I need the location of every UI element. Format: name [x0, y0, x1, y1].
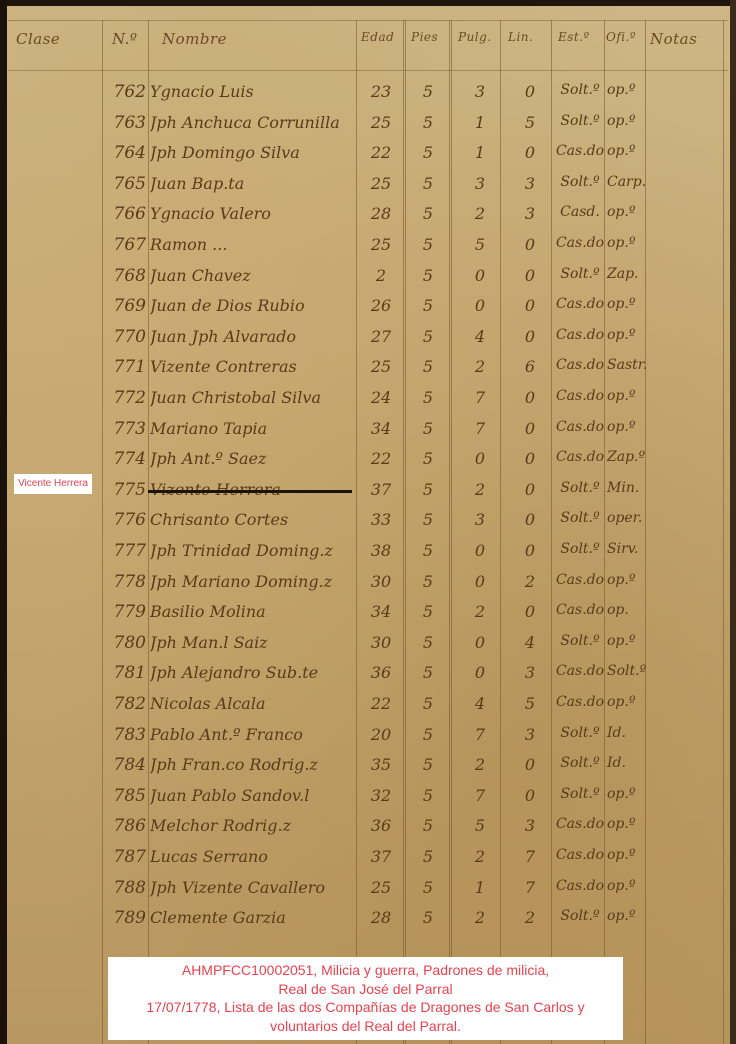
row-height-lines: 0: [510, 327, 550, 346]
row-marital-status: Casd.: [555, 204, 605, 220]
caption-line-4: voluntarios del Real del Parral.: [108, 1017, 623, 1036]
row-height-inches: 2: [455, 908, 505, 927]
row-height-inches: 2: [455, 204, 505, 223]
row-name: Jph Man.l Saiz: [150, 633, 355, 652]
row-marital-status: Solt.º: [555, 725, 605, 741]
row-age: 37: [360, 480, 402, 499]
row-number: 763: [100, 113, 146, 133]
table-row: 786Melchor Rodrig.z36553Cas.doop.º: [0, 812, 736, 842]
row-name: Chrisanto Cortes: [150, 510, 355, 529]
table-row: 775Vizente Herrera37520Solt.ºMin.: [0, 476, 736, 506]
row-height-feet: 5: [408, 633, 448, 652]
table-row: 769Juan de Dios Rubio26500Cas.doop.º: [0, 292, 736, 322]
row-height-inches: 0: [455, 296, 505, 315]
row-age: 22: [360, 694, 402, 713]
row-name: Jph Ant.º Saez: [150, 449, 355, 468]
row-height-lines: 4: [510, 633, 550, 652]
row-number: 762: [100, 82, 146, 102]
header-estado: Est.º: [558, 30, 590, 44]
row-trade: op.º: [607, 572, 652, 588]
row-height-lines: 7: [510, 878, 550, 897]
row-marital-status: Solt.º: [555, 113, 605, 129]
row-age: 22: [360, 143, 402, 162]
row-height-lines: 3: [510, 204, 550, 223]
row-number: 771: [100, 357, 146, 377]
row-name: Jph Trinidad Doming.z: [150, 541, 355, 560]
row-height-feet: 5: [408, 296, 448, 315]
row-height-inches: 0: [455, 266, 505, 285]
row-trade: op.º: [607, 847, 652, 863]
table-row: 773Mariano Tapia34570Cas.doop.º: [0, 415, 736, 445]
row-height-feet: 5: [408, 847, 448, 866]
row-name: Juan Jph Alvarado: [150, 327, 355, 346]
row-marital-status: Cas.do: [555, 357, 605, 373]
row-marital-status: Solt.º: [555, 82, 605, 98]
row-name: Basilio Molina: [150, 602, 355, 621]
row-height-lines: 3: [510, 816, 550, 835]
row-trade: Min.: [607, 480, 652, 496]
page-top-edge: [0, 0, 736, 6]
row-height-lines: 0: [510, 388, 550, 407]
row-height-feet: 5: [408, 510, 448, 529]
row-marital-status: Cas.do: [555, 388, 605, 404]
row-height-lines: 0: [510, 480, 550, 499]
row-marital-status: Cas.do: [555, 847, 605, 863]
row-number: 786: [100, 816, 146, 836]
row-number: 781: [100, 663, 146, 683]
table-row: 778Jph Mariano Doming.z30502Cas.doop.º: [0, 568, 736, 598]
row-trade: op.º: [607, 633, 652, 649]
row-marital-status: Solt.º: [555, 480, 605, 496]
table-row: 762Ygnacio Luis23530Solt.ºop.º: [0, 78, 736, 108]
row-number: 788: [100, 878, 146, 898]
table-row: 768Juan Chavez2500Solt.ºZap.: [0, 262, 736, 292]
row-height-feet: 5: [408, 82, 448, 101]
table-row: 784Jph Fran.co Rodrig.z35520Solt.ºId.: [0, 751, 736, 781]
row-height-feet: 5: [408, 725, 448, 744]
header-rule: [8, 20, 728, 21]
row-trade: Sastr.: [607, 357, 652, 373]
table-row: 776Chrisanto Cortes33530Solt.ºoper.: [0, 506, 736, 536]
row-height-inches: 1: [455, 143, 505, 162]
row-height-inches: 3: [455, 510, 505, 529]
row-height-feet: 5: [408, 113, 448, 132]
row-age: 30: [360, 572, 402, 591]
row-height-lines: 0: [510, 296, 550, 315]
row-name: Vizente Contreras: [150, 357, 355, 376]
row-marital-status: Cas.do: [555, 296, 605, 312]
table-row: 772Juan Christobal Silva24570Cas.doop.º: [0, 384, 736, 414]
table-row: 774Jph Ant.º Saez22500Cas.doZap.º: [0, 445, 736, 475]
row-name: Nicolas Alcala: [150, 694, 355, 713]
row-name: Jph Fran.co Rodrig.z: [150, 755, 355, 774]
row-height-inches: 5: [455, 816, 505, 835]
row-height-feet: 5: [408, 786, 448, 805]
row-marital-status: Cas.do: [555, 816, 605, 832]
row-height-lines: 0: [510, 602, 550, 621]
row-marital-status: Solt.º: [555, 174, 605, 190]
row-height-lines: 0: [510, 510, 550, 529]
row-number: 780: [100, 633, 146, 653]
row-height-feet: 5: [408, 816, 448, 835]
row-trade: op.º: [607, 388, 652, 404]
row-marital-status: Cas.do: [555, 449, 605, 465]
header-clase: Clase: [16, 30, 60, 48]
row-trade: op.: [607, 602, 652, 618]
header-lineas: Lin.: [508, 30, 533, 44]
row-number: 765: [100, 174, 146, 194]
row-trade: op.º: [607, 204, 652, 220]
row-age: 27: [360, 327, 402, 346]
row-name: Ygnacio Luis: [150, 82, 355, 101]
header-edad: Edad: [361, 30, 394, 44]
row-height-inches: 4: [455, 327, 505, 346]
row-marital-status: Solt.º: [555, 510, 605, 526]
row-trade: op.º: [607, 786, 652, 802]
row-age: 25: [360, 113, 402, 132]
table-row: 788Jph Vizente Cavallero25517Cas.doop.º: [0, 874, 736, 904]
row-height-lines: 6: [510, 357, 550, 376]
row-trade: op.º: [607, 878, 652, 894]
row-height-feet: 5: [408, 694, 448, 713]
row-trade: op.º: [607, 113, 652, 129]
row-height-feet: 5: [408, 602, 448, 621]
row-height-inches: 7: [455, 725, 505, 744]
row-marital-status: Solt.º: [555, 266, 605, 282]
row-marital-status: Solt.º: [555, 908, 605, 924]
row-age: 33: [360, 510, 402, 529]
row-age: 22: [360, 449, 402, 468]
row-height-inches: 2: [455, 847, 505, 866]
row-number: 772: [100, 388, 146, 408]
row-age: 24: [360, 388, 402, 407]
row-height-inches: 3: [455, 82, 505, 101]
row-height-lines: 0: [510, 786, 550, 805]
row-height-feet: 5: [408, 755, 448, 774]
row-age: 23: [360, 82, 402, 101]
table-row: 766Ygnacio Valero28523Casd.op.º: [0, 200, 736, 230]
caption-line-2: Real de San José del Parral: [108, 980, 623, 999]
row-height-inches: 2: [455, 357, 505, 376]
row-marital-status: Cas.do: [555, 143, 605, 159]
caption-line-1: AHMPFCC10002051, Milicia y guerra, Padro…: [108, 961, 623, 980]
person-highlight-label: Vicente Herrera: [14, 474, 92, 494]
row-trade: op.º: [607, 296, 652, 312]
row-height-feet: 5: [408, 143, 448, 162]
row-trade: oper.: [607, 510, 652, 526]
row-name: Juan Chavez: [150, 266, 355, 285]
row-number: 775: [100, 480, 146, 500]
row-marital-status: Cas.do: [555, 602, 605, 618]
row-height-lines: 7: [510, 847, 550, 866]
row-name: Clemente Garzia: [150, 908, 355, 927]
row-height-feet: 5: [408, 878, 448, 897]
row-height-lines: 0: [510, 541, 550, 560]
row-number: 769: [100, 296, 146, 316]
row-height-lines: 2: [510, 572, 550, 591]
row-height-lines: 3: [510, 174, 550, 193]
row-trade: Carp.: [607, 174, 652, 190]
row-marital-status: Cas.do: [555, 327, 605, 343]
row-age: 25: [360, 878, 402, 897]
row-height-inches: 7: [455, 786, 505, 805]
row-number: 774: [100, 449, 146, 469]
row-name: Mariano Tapia: [150, 419, 355, 438]
row-age: 36: [360, 663, 402, 682]
row-number: 779: [100, 602, 146, 622]
row-trade: Solt.º: [607, 663, 652, 679]
row-name: Ygnacio Valero: [150, 204, 355, 223]
row-number: 785: [100, 786, 146, 806]
row-number: 783: [100, 725, 146, 745]
row-name: Melchor Rodrig.z: [150, 816, 355, 835]
row-height-feet: 5: [408, 357, 448, 376]
table-row: 770Juan Jph Alvarado27540Cas.doop.º: [0, 323, 736, 353]
row-trade: op.º: [607, 235, 652, 251]
row-trade: op.º: [607, 908, 652, 924]
row-age: 37: [360, 847, 402, 866]
table-row: 771Vizente Contreras25526Cas.doSastr.: [0, 353, 736, 383]
row-height-lines: 0: [510, 143, 550, 162]
row-height-feet: 5: [408, 266, 448, 285]
row-number: 784: [100, 755, 146, 775]
table-row: 779Basilio Molina34520Cas.doop.: [0, 598, 736, 628]
row-age: 20: [360, 725, 402, 744]
row-number: 789: [100, 908, 146, 928]
row-marital-status: Cas.do: [555, 235, 605, 251]
row-height-lines: 0: [510, 419, 550, 438]
row-age: 38: [360, 541, 402, 560]
row-height-feet: 5: [408, 541, 448, 560]
row-marital-status: Cas.do: [555, 419, 605, 435]
row-height-lines: 0: [510, 235, 550, 254]
row-name: Pablo Ant.º Franco: [150, 725, 355, 744]
row-name: Jph Alejandro Sub.te: [150, 663, 355, 682]
row-name: Lucas Serrano: [150, 847, 355, 866]
row-height-feet: 5: [408, 388, 448, 407]
row-name: Jph Vizente Cavallero: [150, 878, 355, 897]
row-age: 28: [360, 204, 402, 223]
row-age: 34: [360, 419, 402, 438]
row-age: 30: [360, 633, 402, 652]
row-age: 26: [360, 296, 402, 315]
row-height-lines: 5: [510, 694, 550, 713]
row-name: Juan Christobal Silva: [150, 388, 355, 407]
table-row: 783Pablo Ant.º Franco20573Solt.ºId.: [0, 721, 736, 751]
table-row: 785Juan Pablo Sandov.l32570Solt.ºop.º: [0, 782, 736, 812]
row-number: 778: [100, 572, 146, 592]
table-row: 765Juan Bap.ta25533Solt.ºCarp.: [0, 170, 736, 200]
row-height-inches: 2: [455, 480, 505, 499]
row-height-inches: 1: [455, 878, 505, 897]
row-height-inches: 3: [455, 174, 505, 193]
row-number: 768: [100, 266, 146, 286]
row-marital-status: Solt.º: [555, 541, 605, 557]
row-name: Jph Anchuca Corrunilla: [150, 113, 355, 132]
row-name: Juan Bap.ta: [150, 174, 355, 193]
row-trade: Sirv.: [607, 541, 652, 557]
row-age: 2: [360, 266, 402, 285]
row-name: Ramon ...: [150, 235, 355, 254]
row-height-feet: 5: [408, 174, 448, 193]
row-number: 766: [100, 204, 146, 224]
row-trade: Zap.º: [607, 449, 652, 465]
row-marital-status: Solt.º: [555, 633, 605, 649]
row-height-feet: 5: [408, 327, 448, 346]
row-height-feet: 5: [408, 480, 448, 499]
row-number: 770: [100, 327, 146, 347]
row-age: 32: [360, 786, 402, 805]
row-height-inches: 0: [455, 572, 505, 591]
row-height-feet: 5: [408, 449, 448, 468]
row-height-lines: 0: [510, 266, 550, 285]
header-numero: N.º: [112, 30, 138, 48]
row-height-inches: 7: [455, 388, 505, 407]
table-row: 782Nicolas Alcala22545Cas.doop.º: [0, 690, 736, 720]
row-height-inches: 5: [455, 235, 505, 254]
row-height-feet: 5: [408, 235, 448, 254]
row-trade: op.º: [607, 143, 652, 159]
row-height-lines: 0: [510, 449, 550, 468]
row-age: 35: [360, 755, 402, 774]
row-height-inches: 0: [455, 633, 505, 652]
header-pies: Pies: [411, 30, 438, 44]
highlight-underline: [148, 490, 352, 493]
row-height-lines: 2: [510, 908, 550, 927]
table-row: 780Jph Man.l Saiz30504Solt.ºop.º: [0, 629, 736, 659]
table-row: 764Jph Domingo Silva22510Cas.doop.º: [0, 139, 736, 169]
row-number: 787: [100, 847, 146, 867]
row-trade: op.º: [607, 816, 652, 832]
row-height-inches: 4: [455, 694, 505, 713]
row-age: 36: [360, 816, 402, 835]
row-height-inches: 2: [455, 755, 505, 774]
row-trade: op.º: [607, 419, 652, 435]
table-row: 763Jph Anchuca Corrunilla25515Solt.ºop.º: [0, 109, 736, 139]
row-height-feet: 5: [408, 419, 448, 438]
row-name: Juan Pablo Sandov.l: [150, 786, 355, 805]
row-trade: op.º: [607, 327, 652, 343]
row-number: 767: [100, 235, 146, 255]
header-oficio: Ofi.º: [606, 30, 636, 44]
row-trade: Id.: [607, 725, 652, 741]
row-height-lines: 0: [510, 82, 550, 101]
row-age: 28: [360, 908, 402, 927]
row-trade: op.º: [607, 82, 652, 98]
table-row: 767Ramon ...25550Cas.doop.º: [0, 231, 736, 261]
row-marital-status: Cas.do: [555, 694, 605, 710]
header-pulgadas: Pulg.: [458, 30, 492, 44]
row-age: 25: [360, 235, 402, 254]
row-marital-status: Cas.do: [555, 572, 605, 588]
header-notas: Notas: [650, 30, 697, 48]
table-row: 777Jph Trinidad Doming.z38500Solt.ºSirv.: [0, 537, 736, 567]
row-height-inches: 1: [455, 113, 505, 132]
row-height-inches: 2: [455, 602, 505, 621]
row-marital-status: Solt.º: [555, 755, 605, 771]
table-row: 789Clemente Garzia28522Solt.ºop.º: [0, 904, 736, 934]
header-nombre: Nombre: [162, 30, 227, 48]
row-name: Juan de Dios Rubio: [150, 296, 355, 315]
row-trade: op.º: [607, 694, 652, 710]
row-height-inches: 0: [455, 541, 505, 560]
row-marital-status: Cas.do: [555, 878, 605, 894]
table-row: 787Lucas Serrano37527Cas.doop.º: [0, 843, 736, 873]
row-height-inches: 0: [455, 449, 505, 468]
row-name: Jph Domingo Silva: [150, 143, 355, 162]
row-marital-status: Cas.do: [555, 663, 605, 679]
row-age: 25: [360, 357, 402, 376]
row-height-lines: 3: [510, 725, 550, 744]
row-trade: Id.: [607, 755, 652, 771]
row-height-lines: 5: [510, 113, 550, 132]
row-number: 776: [100, 510, 146, 530]
row-number: 773: [100, 419, 146, 439]
row-height-lines: 3: [510, 663, 550, 682]
row-marital-status: Solt.º: [555, 786, 605, 802]
table-row: 781Jph Alejandro Sub.te36503Cas.doSolt.º: [0, 659, 736, 689]
caption-line-3: 17/07/1778, Lista de las dos Compañías d…: [108, 998, 623, 1017]
row-age: 25: [360, 174, 402, 193]
row-number: 777: [100, 541, 146, 561]
row-name: Jph Mariano Doming.z: [150, 572, 355, 591]
row-number: 782: [100, 694, 146, 714]
row-height-feet: 5: [408, 663, 448, 682]
row-height-feet: 5: [408, 908, 448, 927]
row-height-lines: 0: [510, 755, 550, 774]
row-age: 34: [360, 602, 402, 621]
header-rule: [8, 70, 728, 71]
row-height-inches: 0: [455, 663, 505, 682]
row-trade: Zap.: [607, 266, 652, 282]
row-height-inches: 7: [455, 419, 505, 438]
row-number: 764: [100, 143, 146, 163]
row-height-feet: 5: [408, 204, 448, 223]
row-height-feet: 5: [408, 572, 448, 591]
archive-caption: AHMPFCC10002051, Milicia y guerra, Padro…: [108, 957, 623, 1040]
